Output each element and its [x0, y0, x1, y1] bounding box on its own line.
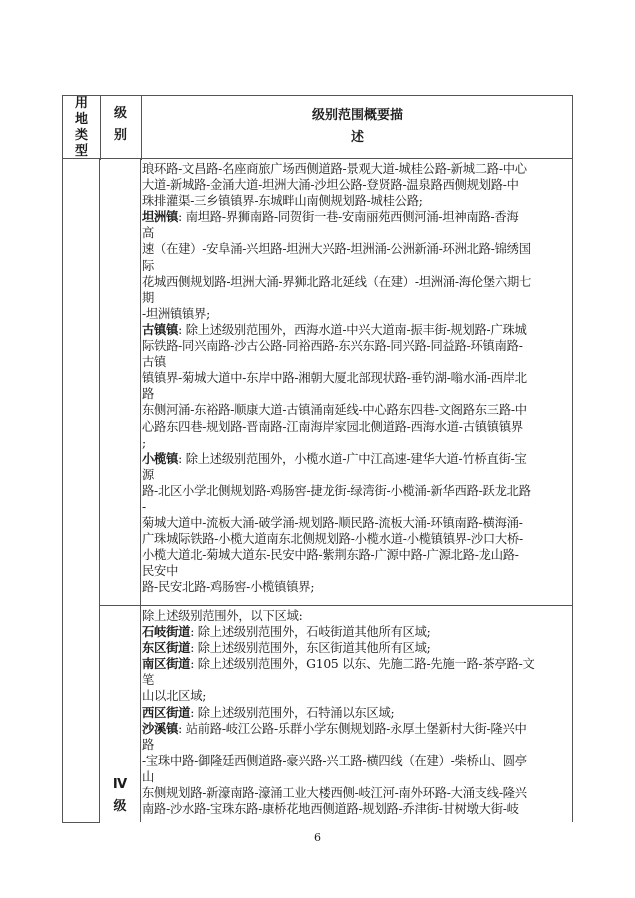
- description-line: 路-民安北路-鸡肠窖-小榄镇镇界;: [142, 579, 567, 595]
- header-char: 类: [63, 128, 100, 144]
- line-text: 高: [142, 226, 154, 240]
- header-line: 级别范围概要描: [141, 105, 574, 127]
- description-line: ;: [142, 435, 567, 451]
- previous-level-description: 琅环路-文昌路-名座商旅广场西侧道路-景观大道-城桂公路-新城二路-中心大道-新…: [142, 161, 567, 596]
- level-numeral: Ⅳ: [100, 774, 140, 796]
- header-char: 型: [63, 144, 100, 160]
- header-level: 级 别: [100, 103, 141, 147]
- district-name: 西区街道: [142, 706, 190, 720]
- description-line: -: [142, 499, 567, 515]
- description-line: 际: [142, 258, 567, 274]
- line-text: : 除上述级别范围外，G105 以东、先施二路-先施一路-茶亭路-文: [190, 657, 534, 671]
- line-text: 山以北区域;: [142, 689, 206, 703]
- description-line: 南区街道: 除上述级别范围外，G105 以东、先施二路-先施一路-茶亭路-文: [142, 656, 567, 672]
- description-line: 古镇: [142, 354, 567, 370]
- line-text: 除上述级别范围外，以下区域:: [142, 609, 303, 623]
- district-name: 沙溪镇: [142, 722, 178, 736]
- line-text: 东侧规划路-新濠南路-濠涌工业大楼西侧-岐江河-南外环路-大涌支线-隆兴: [142, 786, 527, 800]
- description-line: -坦洲镇镇界;: [142, 306, 567, 322]
- line-text: 广珠城际铁路-小榄大道南东北侧规划路-小榄水道-小榄镇镇界-沙口大桥-: [142, 532, 523, 546]
- description-line: 笔: [142, 672, 567, 688]
- table-right-border: [572, 159, 573, 822]
- line-text: 南路-沙水路-宝珠东路-康桥花地西侧道路-规划路-乔津街-甘树墩大街-岐: [142, 802, 519, 816]
- description-line: 广珠城际铁路-小榄大道南东北侧规划路-小榄水道-小榄镇镇界-沙口大桥-: [142, 531, 567, 547]
- description-line: 琅环路-文昌路-名座商旅广场西侧道路-景观大道-城桂公路-新城二路-中心: [142, 161, 567, 177]
- district-name: 石岐街道: [142, 625, 190, 639]
- line-text: 大道-新城路-金涌大道-坦洲大涌-沙坦公路-登贤路-温泉路西侧规划路-中: [142, 178, 519, 192]
- header-char: 用: [63, 96, 100, 112]
- line-text: 路: [142, 387, 154, 401]
- line-text: ;: [142, 436, 146, 450]
- line-text: 珠排灌渠-三乡镇镇界-东城畔山南侧规划路-城桂公路;: [142, 194, 423, 208]
- description-line: 花城西侧规划路-坦洲大涌-界狮北路北延线（在建）-坦洲涌-海伦堡六期七: [142, 274, 567, 290]
- description-line: 山: [142, 769, 567, 785]
- line-text: 山: [142, 770, 154, 784]
- column-divider: [99, 159, 100, 822]
- district-name: 古镇镇: [142, 323, 178, 337]
- line-text: : 除上述级别范围外，石岐街道其他所有区域;: [190, 625, 430, 639]
- line-text: -宝珠中路-御隆廷西侧道路-豪兴路-兴工路-横四线（在建）-柴桥山、圆亭: [142, 754, 527, 768]
- description-line: 路-北区小学北侧规划路-鸡肠窖-捷龙街-绿湾街-小榄涌-新华西路-跃龙北路: [142, 483, 567, 499]
- table-bottom-border: [62, 822, 100, 823]
- line-text: 古镇: [142, 355, 166, 369]
- line-text: 东侧河涌-东裕路-顺康大道-古镇涌南延线-中心路东四巷-文阁路东三路-中: [142, 403, 527, 417]
- line-text: : 南坦路-界狮南路-同贺街一巷-安南丽苑西侧河涌-坦神南路-香海: [178, 210, 518, 224]
- description-line: 珠排灌渠-三乡镇镇界-东城畔山南侧规划路-城桂公路;: [142, 193, 567, 209]
- table-header-row: 用 地 类 型 级 别 级别范围概要描 述: [62, 95, 573, 159]
- table-left-border: [62, 159, 63, 822]
- description-line: 坦洲镇: 南坦路-界狮南路-同贺街一巷-安南丽苑西侧河涌-坦神南路-香海: [142, 209, 567, 225]
- line-text: 路: [142, 738, 154, 752]
- line-text: 路-民安北路-鸡肠窖-小榄镇镇界;: [142, 580, 314, 594]
- header-char: 级: [100, 103, 141, 125]
- description-line: 期: [142, 290, 567, 306]
- line-text: : 除上述级别范围外，西海水道-中兴大道南-振丰街-规划路-广珠城: [178, 323, 526, 337]
- line-text: 小榄大道北-菊城大道东-民安中路-紫荆东路-广源中路-广源北路-龙山路-: [142, 548, 519, 562]
- description-line: 路: [142, 386, 567, 402]
- description-line: 南路-沙水路-宝珠东路-康桥花地西侧道路-规划路-乔津街-甘树墩大街-岐: [142, 801, 567, 817]
- line-text: 心路东四巷-规划路-晋南路-江南海岸家园北侧道路-西海水道-古镇镇镇界: [142, 420, 523, 434]
- line-text: : 除上述级别范围外，小榄水道-广中江高速-建华大道-竹桥直街-宝: [178, 452, 526, 466]
- description-line: 古镇镇: 除上述级别范围外，西海水道-中兴大道南-振丰街-规划路-广珠城: [142, 322, 567, 338]
- line-text: 源: [142, 468, 154, 482]
- district-name: 东区街道: [142, 641, 190, 655]
- line-text: : 除上述级别范围外，东区街道其他所有区域;: [190, 641, 430, 655]
- description-line: 石岐街道: 除上述级别范围外，石岐街道其他所有区域;: [142, 624, 567, 640]
- header-char: 地: [63, 112, 100, 128]
- description-line: 源: [142, 467, 567, 483]
- line-text: 民安中: [142, 564, 178, 578]
- description-line: 东侧规划路-新濠南路-濠涌工业大楼西侧-岐江河-南外环路-大涌支线-隆兴: [142, 785, 567, 801]
- line-text: 际铁路-同兴南路-沙古公路-同裕西路-东兴东路-同兴路-同益路-环镇南路-: [142, 339, 523, 353]
- level-iv-description: 除上述级别范围外，以下区域:石岐街道: 除上述级别范围外，石岐街道其他所有区域;…: [142, 608, 567, 817]
- description-line: 山以北区域;: [142, 688, 567, 704]
- description-line: 速（在建）-安阜涌-兴坦路-坦洲大兴路-坦洲涌-公洲新涌-环洲北路-锦绣国: [142, 241, 567, 257]
- line-text: 花城西侧规划路-坦洲大涌-界狮北路北延线（在建）-坦洲涌-海伦堡六期七: [142, 275, 531, 289]
- line-text: 笔: [142, 673, 154, 687]
- line-text: 菊城大道中-流板大涌-破学涌-规划路-顺民路-流板大涌-环镇南路-横海涌-: [142, 516, 523, 530]
- description-line: 沙溪镇: 站前路-岐江公路-乐群小学东侧规划路-永厚土堡新村大街-隆兴中: [142, 721, 567, 737]
- description-line: 大道-新城路-金涌大道-坦洲大涌-沙坦公路-登贤路-温泉路西侧规划路-中: [142, 177, 567, 193]
- description-line: 菊城大道中-流板大涌-破学涌-规划路-顺民路-流板大涌-环镇南路-横海涌-: [142, 515, 567, 531]
- column-divider: [140, 159, 141, 822]
- description-line: 小榄镇: 除上述级别范围外，小榄水道-广中江高速-建华大道-竹桥直街-宝: [142, 451, 567, 467]
- line-text: 路-北区小学北侧规划路-鸡肠窖-捷龙街-绿湾街-小榄涌-新华西路-跃龙北路: [142, 484, 531, 498]
- district-name: 小榄镇: [142, 452, 178, 466]
- row-divider: [99, 605, 573, 606]
- line-text: 速（在建）-安阜涌-兴坦路-坦洲大兴路-坦洲涌-公洲新涌-环洲北路-锦绣国: [142, 242, 531, 256]
- line-text: 期: [142, 291, 154, 305]
- header-description: 级别范围概要描 述: [141, 105, 574, 149]
- line-text: -坦洲镇镇界;: [142, 307, 210, 321]
- page-number: 6: [0, 831, 635, 844]
- description-line: 路: [142, 737, 567, 753]
- description-line: -宝珠中路-御隆廷西侧道路-豪兴路-兴工路-横四线（在建）-柴桥山、圆亭: [142, 753, 567, 769]
- header-land-type: 用 地 类 型: [63, 96, 100, 160]
- header-line: 述: [141, 127, 574, 149]
- level-iv-label: Ⅳ 级: [100, 774, 140, 818]
- line-text: : 站前路-岐江公路-乐群小学东侧规划路-永厚土堡新村大街-隆兴中: [178, 722, 526, 736]
- description-line: 镇镇界-菊城大道中-东岸中路-湘朝大厦北部现状路-垂钓湖-嗡水涌-西岸北: [142, 370, 567, 386]
- description-line: 东区街道: 除上述级别范围外，东区街道其他所有区域;: [142, 640, 567, 656]
- district-name: 坦洲镇: [142, 210, 178, 224]
- line-text: 际: [142, 259, 154, 273]
- description-line: 高: [142, 225, 567, 241]
- district-name: 南区街道: [142, 657, 190, 671]
- level-suffix: 级: [100, 796, 140, 818]
- description-line: 心路东四巷-规划路-晋南路-江南海岸家园北侧道路-西海水道-古镇镇镇界: [142, 419, 567, 435]
- description-line: 西区街道: 除上述级别范围外，石特涌以东区域;: [142, 705, 567, 721]
- header-char: 别: [100, 125, 141, 147]
- line-text: 镇镇界-菊城大道中-东岸中路-湘朝大厦北部现状路-垂钓湖-嗡水涌-西岸北: [142, 371, 527, 385]
- line-text: : 除上述级别范围外，石特涌以东区域;: [190, 706, 394, 720]
- line-text: -: [142, 500, 146, 514]
- description-line: 小榄大道北-菊城大道东-民安中路-紫荆东路-广源中路-广源北路-龙山路-: [142, 547, 567, 563]
- description-line: 际铁路-同兴南路-沙古公路-同裕西路-东兴东路-同兴路-同益路-环镇南路-: [142, 338, 567, 354]
- line-text: 琅环路-文昌路-名座商旅广场西侧道路-景观大道-城桂公路-新城二路-中心: [142, 162, 527, 176]
- description-line: 除上述级别范围外，以下区域:: [142, 608, 567, 624]
- description-line: 东侧河涌-东裕路-顺康大道-古镇涌南延线-中心路东四巷-文阁路东三路-中: [142, 402, 567, 418]
- description-line: 民安中: [142, 563, 567, 579]
